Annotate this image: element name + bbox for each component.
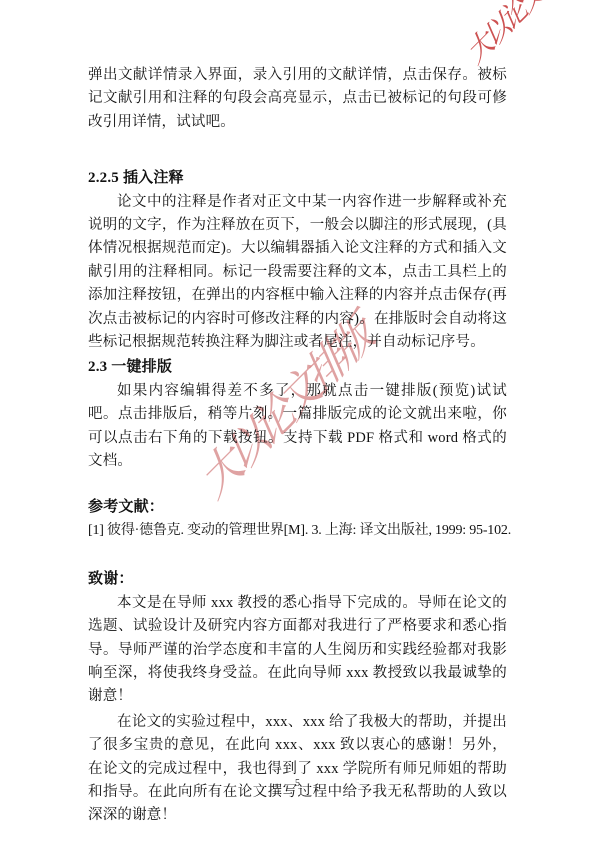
section-2-3-paragraph: 如果内容编辑得差不多了，那就点击一键排版(预览)试试吧。点击排版后，稍等片刻。一…: [88, 380, 507, 474]
references-heading: 参考文献：: [88, 496, 507, 519]
corner-watermark-stamp: 大以论文排版: [462, 0, 595, 72]
acknowledgement-heading: 致谢：: [88, 568, 507, 591]
continuation-paragraph: 弹出文献详情录入界面，录入引用的文献详情，点击保存。被标记文献引用和注释的句段会…: [88, 64, 507, 134]
page-number: 5: [0, 778, 595, 789]
document-page: 大以论文排版 大以论文排版 弹出文献详情录入界面，录入引用的文献详情，点击保存。…: [0, 0, 595, 842]
section-2-2-5-paragraph: 论文中的注释是作者对正文中某一内容作进一步解释或补充说明的文字，作为注释放在页下…: [88, 191, 507, 355]
section-heading-2-2-5-insert-annotation: 2.2.5 插入注释: [88, 167, 507, 190]
section-heading-2-3-one-click-typeset: 2.3 一键排版: [88, 356, 507, 379]
acknowledgement-paragraph-2: 在论文的实验过程中，xxx、xxx 给了我极大的帮助，并提出了很多宝贵的意见，在…: [88, 711, 507, 828]
reference-item-1: [1] 彼得·德鲁克. 变动的管理世界[M]. 3. 上海: 译文出版社, 19…: [88, 519, 507, 542]
document-body: 弹出文献详情录入界面，录入引用的文献详情，点击保存。被标记文献引用和注释的句段会…: [88, 64, 507, 828]
acknowledgement-paragraph-1: 本文是在导师 xxx 教授的悉心指导下完成的。导师在论文的选题、试验设计及研究内…: [88, 592, 507, 709]
